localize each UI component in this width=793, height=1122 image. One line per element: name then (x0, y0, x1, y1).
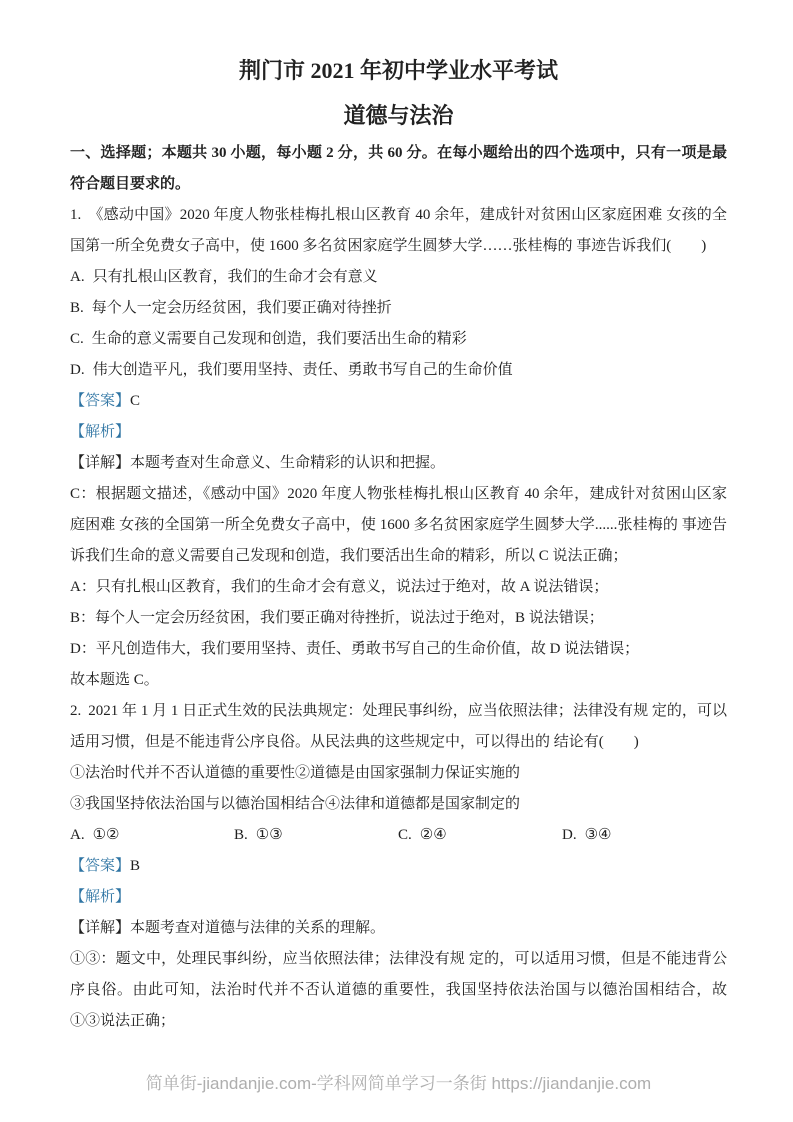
question-1-option-a: A.只有扎根山区教育，我们的生命才会有意义 (70, 262, 727, 293)
option-b-label: B. (70, 300, 84, 316)
question-1-detail-paragraph: D：平凡创造伟大，我们要用坚持、责任、勇敢书写自己的生命价值，故 D 说法错误； (70, 634, 727, 665)
option-a-text: ①② (93, 827, 120, 843)
question-1-option-b: B.每个人一定会历经贫困，我们要正确对待挫折 (70, 293, 727, 324)
option-c-text: 生命的意义需要自己发现和创造，我们要活出生命的精彩 (92, 331, 467, 347)
question-1-detail-intro: 【详解】本题考查对生命意义、生命精彩的认识和把握。 (70, 448, 727, 479)
question-1-analysis-line: 【解析】 (70, 417, 727, 448)
watermark-footer: 简单街-jiandanjie.com-学科网简单学习一条街 https://ji… (70, 1072, 727, 1096)
page-title: 荆门市 2021 年初中学业水平考试 (70, 54, 727, 87)
question-2-number: 2. (70, 703, 81, 719)
question-1-detail-paragraph: C：根据题文描述，《感动中国》2020 年度人物张桂梅扎根山区教育 40 余年，… (70, 479, 727, 572)
option-d-label: D. (562, 827, 577, 843)
option-a-label: A. (70, 269, 85, 285)
question-1-detail-intro-text: 本题考查对生命意义、生命精彩的认识和把握。 (130, 455, 445, 471)
question-1-stem-text: 《感动中国》2020 年度人物张桂梅扎根山区教育 40 余年，建成针对贫困山区家… (70, 207, 727, 254)
question-2-item-line-1: ①法治时代并不否认道德的重要性②道德是由国家强制力保证实施的 (70, 758, 727, 789)
option-c-text: ②④ (420, 827, 447, 843)
question-1-stem: 1.《感动中国》2020 年度人物张桂梅扎根山区教育 40 余年，建成针对贫困山… (70, 200, 727, 262)
question-2-detail-paragraph: ①③：题文中，处理民事纠纷，应当依照法律；法律没有规 定的，可以适用习惯，但是不… (70, 944, 727, 1037)
answer-label: 【答案】 (70, 393, 130, 409)
option-b-label: B. (234, 827, 248, 843)
question-2-analysis-line: 【解析】 (70, 882, 727, 913)
option-d-text: ③④ (585, 827, 612, 843)
option-d-label: D. (70, 362, 85, 378)
question-1-answer-line: 【答案】C (70, 386, 727, 417)
question-2-option-d: D.③④ (562, 820, 612, 851)
section-header: 一、选择题；本题共 30 小题，每小题 2 分，共 60 分。在每小题给出的四个… (70, 138, 727, 200)
question-2-detail-intro-text: 本题考查对道德与法律的关系的理解。 (130, 920, 385, 936)
question-1-option-d: D.伟大创造平凡，我们要用坚持、责任、勇敢书写自己的生命价值 (70, 355, 727, 386)
question-1-answer: C (130, 393, 140, 409)
question-2-option-b: B.①③ (234, 820, 398, 851)
question-2-stem-text: 2021 年 1 月 1 日正式生效的民法典规定：处理民事纠纷，应当依照法律；法… (70, 703, 727, 750)
question-1-detail-paragraph: B：每个人一定会历经贫困，我们要正确对待挫折，说法过于绝对，B 说法错误； (70, 603, 727, 634)
option-a-text: 只有扎根山区教育，我们的生命才会有意义 (93, 269, 378, 285)
question-1-option-c: C.生命的意义需要自己发现和创造，我们要活出生命的精彩 (70, 324, 727, 355)
detail-label: 【详解】 (70, 455, 130, 471)
answer-label: 【答案】 (70, 858, 130, 874)
analysis-label: 【解析】 (70, 424, 130, 440)
exam-document: 荆门市 2021 年初中学业水平考试 道德与法治 一、选择题；本题共 30 小题… (0, 0, 793, 1122)
option-a-label: A. (70, 827, 85, 843)
option-c-label: C. (70, 331, 84, 347)
question-2-option-c: C.②④ (398, 820, 562, 851)
question-1-conclusion: 故本题选 C。 (70, 665, 727, 696)
option-c-label: C. (398, 827, 412, 843)
question-2-answer: B (130, 858, 140, 874)
analysis-label: 【解析】 (70, 889, 130, 905)
question-1-number: 1. (70, 207, 81, 223)
page-subtitle: 道德与法治 (70, 99, 727, 132)
option-b-text: 每个人一定会历经贫困，我们要正确对待挫折 (92, 300, 392, 316)
question-2-answer-line: 【答案】B (70, 851, 727, 882)
detail-label: 【详解】 (70, 920, 130, 936)
question-2-options: A.①② B.①③ C.②④ D.③④ (70, 820, 727, 851)
question-2-detail-intro: 【详解】本题考查对道德与法律的关系的理解。 (70, 913, 727, 944)
option-d-text: 伟大创造平凡，我们要用坚持、责任、勇敢书写自己的生命价值 (93, 362, 513, 378)
question-2-stem: 2.2021 年 1 月 1 日正式生效的民法典规定：处理民事纠纷，应当依照法律… (70, 696, 727, 758)
question-2-item-line-2: ③我国坚持依法治国与以德治国相结合④法律和道德都是国家制定的 (70, 789, 727, 820)
question-2-option-a: A.①② (70, 820, 234, 851)
question-1-detail-paragraph: A：只有扎根山区教育，我们的生命才会有意义，说法过于绝对，故 A 说法错误； (70, 572, 727, 603)
option-b-text: ①③ (256, 827, 283, 843)
